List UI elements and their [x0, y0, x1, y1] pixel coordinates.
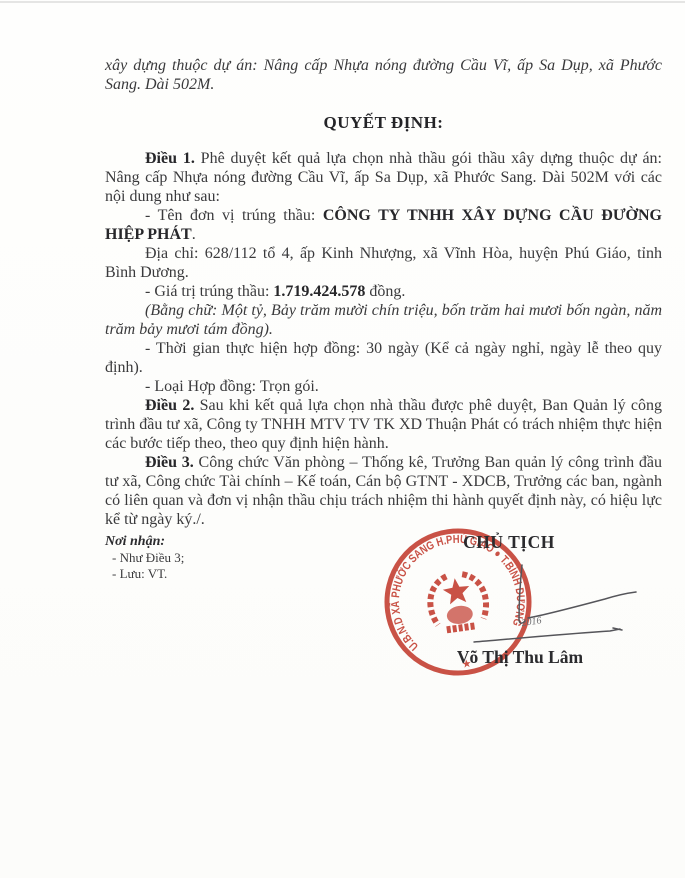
price-label: - Giá trị trúng thầu: [145, 283, 273, 300]
signature [474, 565, 636, 642]
duration-text: - Thời gian thực hiện hợp đồng: 30 ngày … [105, 340, 662, 376]
price-value: 1.719.424.578 [273, 283, 365, 300]
contractor-label: - Tên đơn vị trúng thầu: [145, 207, 323, 224]
price-line: - Giá trị trúng thầu: 1.719.424.578 đồng… [105, 282, 662, 301]
price-in-words: (Bằng chữ: Một tỷ, Bảy trăm mười chín tr… [105, 302, 662, 338]
continuation-paragraph: xây dựng thuộc dự án: Nâng cấp Nhựa nóng… [105, 56, 662, 94]
article-2-label: Điều 2. [145, 397, 194, 414]
article-1-label: Điều 1. [145, 150, 195, 167]
recipient-item: - Lưu: VT. [112, 566, 184, 582]
recipients-block: Nơi nhận: - Như Điều 3; - Lưu: VT. [105, 534, 184, 581]
recipients-label: Nơi nhận: [105, 534, 184, 550]
signer-title: CHỦ TỊCH [429, 532, 589, 553]
address-text: Địa chỉ: 628/112 tổ 4, ấp Kinh Nhượng, x… [105, 245, 662, 281]
signature-underline-stroke [474, 628, 622, 642]
article-2: Điều 2. Sau khi kết quả lựa chọn nhà thầ… [105, 396, 662, 453]
scanned-document-page: xây dựng thuộc dự án: Nâng cấp Nhựa nóng… [0, 0, 685, 878]
document-title: QUYẾT ĐỊNH: [105, 112, 662, 133]
signer-name: Võ Thị Thu Lâm [430, 647, 610, 668]
contractor-line: - Tên đơn vị trúng thầu: CÔNG TY TNHH XÂ… [105, 206, 662, 244]
address-line: Địa chỉ: 628/112 tổ 4, ấp Kinh Nhượng, x… [105, 244, 662, 282]
scan-artifact-line [0, 1, 685, 3]
article-1-intro: Điều 1. Phê duyệt kết quả lựa chọn nhà t… [105, 149, 662, 206]
emblem-center-blob [446, 604, 474, 625]
contract-type-line: - Loại Hợp đồng: Trọn gói. [105, 377, 662, 396]
contractor-suffix: . [192, 226, 196, 243]
article-3-label: Điều 3. [145, 454, 194, 471]
duration-line: - Thời gian thực hiện hợp đồng: 30 ngày … [105, 339, 662, 377]
price-suffix: đồng. [365, 283, 405, 300]
contract-type-text: - Loại Hợp đồng: Trọn gói. [145, 378, 319, 395]
price-in-words-line: (Bằng chữ: Một tỷ, Bảy trăm mười chín tr… [105, 301, 662, 339]
signature-sweep-stroke [528, 592, 636, 618]
national-emblem [427, 571, 489, 631]
signature-year-scribble: 2016 [521, 615, 542, 629]
national-emblem-star-icon [441, 576, 471, 605]
document-body: xây dựng thuộc dự án: Nâng cấp Nhựa nóng… [105, 56, 662, 529]
recipient-item: - Như Điều 3; [112, 550, 184, 566]
emblem-gear [447, 626, 477, 630]
continuation-text: xây dựng thuộc dự án: Nâng cấp Nhựa nóng… [105, 57, 662, 93]
